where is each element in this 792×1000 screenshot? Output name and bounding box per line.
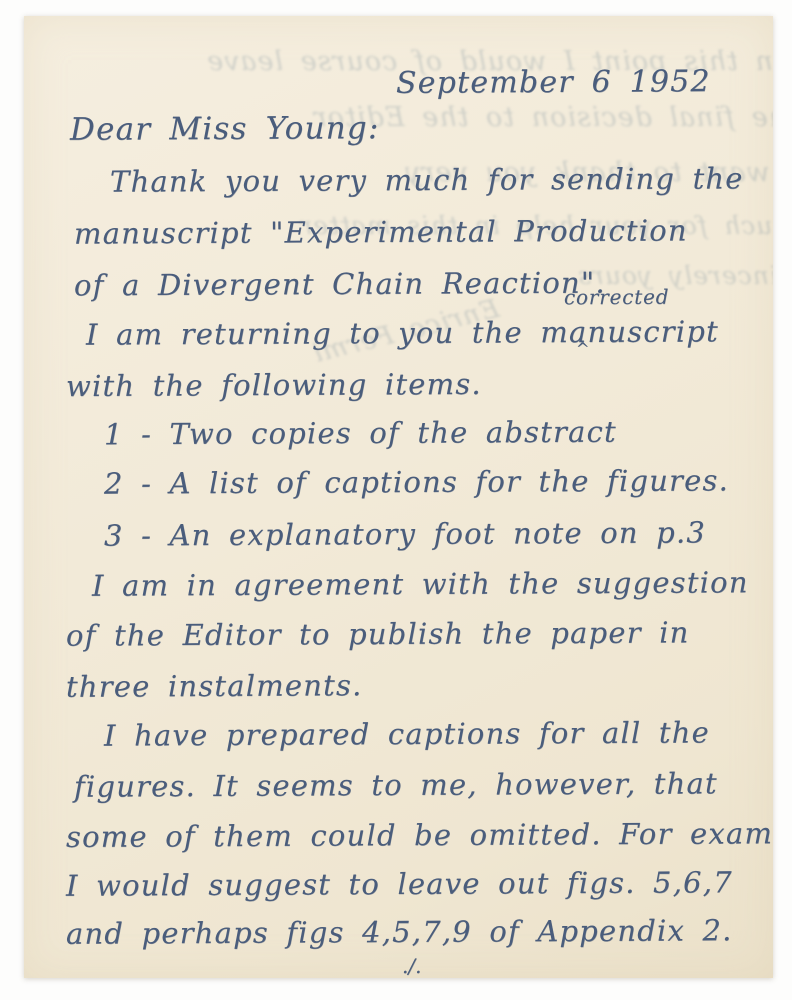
page-continuation-mark: ./. [402, 956, 422, 976]
handwritten-line: I would suggest to leave out figs. 5,6,7 [66, 868, 733, 900]
handwritten-line: manuscript "Experimental Production [74, 216, 688, 248]
handwritten-line: three instalments. [66, 671, 363, 702]
handwritten-line: some of them could be omitted. For examp… [66, 819, 773, 852]
handwritten-line: with the following items. [66, 370, 482, 401]
handwritten-line: of the Editor to publish the paper in [66, 618, 690, 650]
letter-date: September 6 1952 [396, 67, 711, 99]
letter-paper: On this point I would of course leave th… [24, 16, 773, 978]
list-item-2: 2 - A list of captions for the figures. [104, 466, 729, 498]
handwritten-line: and perhaps figs 4,5,7,9 of Appendix 2. [66, 916, 733, 948]
handwritten-line: I have prepared captions for all the [104, 718, 710, 750]
handwritten-line: figures. It seems to me, however, that [74, 769, 718, 801]
insertion-caret-mark: ^ [576, 341, 591, 357]
bleedthrough-ghost-line: the final decision to the Editor [452, 104, 773, 131]
handwritten-line: Thank you very much for sending the [110, 164, 744, 196]
handwritten-line: I am returning to you the manuscript [86, 317, 719, 349]
list-item-3: 3 - An explanatory foot note on p.3 [104, 518, 706, 550]
list-item-1: 1 - Two copies of the abstract [104, 418, 617, 450]
interline-insertion-corrected: corrected [564, 287, 669, 308]
handwritten-line: I am in agreement with the suggestion [92, 568, 749, 600]
handwritten-line: of a Divergent Chain Reaction". [74, 269, 606, 301]
letter-salutation: Dear Miss Young: [70, 113, 380, 146]
